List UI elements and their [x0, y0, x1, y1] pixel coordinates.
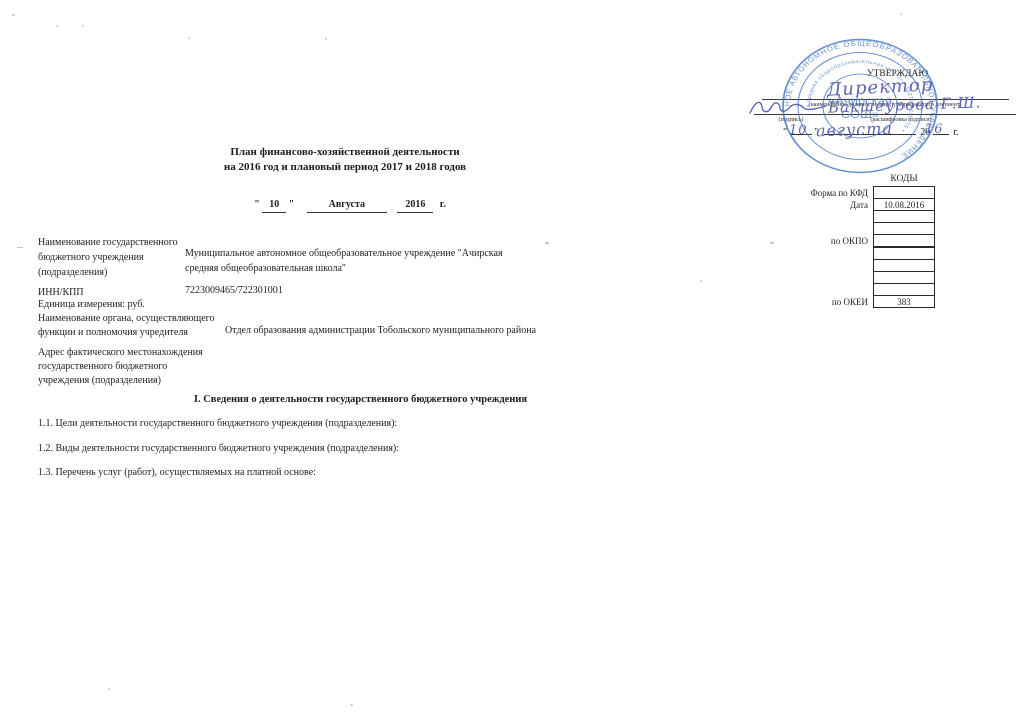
scan-speck — [545, 242, 549, 244]
close-quote: " — [289, 199, 295, 210]
label-institution-name-line2: бюджетного учреждения — [38, 251, 144, 265]
label-measure-unit: Единица измерения: руб. — [38, 298, 145, 312]
label-institution-name-line3: (подразделения) — [38, 266, 107, 280]
section1-item-1-3: 1.3. Перечень услуг (работ), осуществляе… — [38, 466, 638, 480]
codes-cell — [873, 259, 935, 272]
handwritten-date-month: августа — [816, 119, 894, 141]
codes-cell — [873, 210, 935, 223]
codes-label-okei: по ОКЕИ — [770, 297, 868, 307]
approval-date-suffix: г. — [953, 127, 958, 138]
codes-cell — [873, 222, 935, 235]
scan-speck — [17, 247, 23, 248]
scan-speck — [56, 25, 58, 27]
codes-cell-okei: 383 — [873, 295, 935, 308]
label-address-line3: учреждения (подразделения) — [38, 374, 161, 388]
label-founder-line2: функции и полномочия учредителя — [38, 326, 188, 340]
codes-label-kfd: Форма по КФД — [770, 188, 868, 198]
document-title: План финансово-хозяйственной деятельност… — [130, 145, 560, 175]
value-inn-kpp: 7223009465/722301001 — [185, 284, 283, 298]
label-address-line2: государственного бюджетного — [38, 360, 167, 374]
date-year: 2016 — [397, 198, 433, 213]
scan-speck — [900, 13, 902, 15]
open-quote: " — [254, 199, 260, 210]
value-institution-name-line1: Муниципальное автономное общеобразовател… — [185, 247, 585, 261]
codes-label-date: Дата — [770, 200, 868, 210]
scan-speck — [188, 37, 190, 39]
value-institution-name-line2: средняя общеобразовательная школа" — [185, 262, 585, 276]
section1-item-1-2: 1.2. Виды деятельности государственного … — [38, 442, 638, 456]
date-month: Августа — [307, 198, 387, 213]
document-title-line1: План финансово-хозяйственной деятельност… — [130, 145, 560, 160]
date-suffix: г. — [440, 199, 446, 210]
value-founder: Отдел образования администрации Тобольск… — [225, 324, 695, 338]
handwritten-date-day: 10 — [789, 123, 808, 138]
codes-cell — [873, 271, 935, 284]
codes-cell-kfd — [873, 186, 935, 199]
scan-speck — [82, 25, 84, 27]
label-institution-name-line1: Наименование государственного — [38, 236, 178, 250]
scanned-document-page: План финансово-хозяйственной деятельност… — [0, 0, 1024, 723]
document-title-line2: на 2016 год и плановый период 2017 и 201… — [130, 160, 560, 175]
scan-speck — [325, 38, 327, 40]
codes-header: КОДЫ — [873, 174, 935, 184]
codes-cell — [873, 247, 935, 260]
label-address-line1: Адрес фактического местонахождения — [38, 346, 203, 360]
codes-cell — [873, 283, 935, 296]
codes-label-okpo: по ОКПО — [770, 236, 868, 246]
label-founder-line1: Наименование органа, осуществляющего — [38, 312, 215, 326]
handwritten-date-year: 16 — [925, 122, 944, 137]
scan-speck — [108, 688, 110, 690]
scan-speck — [700, 280, 702, 282]
codes-cell-date: 10.08.2016 — [873, 198, 935, 211]
scan-speck — [12, 14, 15, 16]
section1-heading: I. Сведения о деятельности государственн… — [38, 394, 683, 405]
codes-cell-okpo — [873, 234, 935, 247]
section1-item-1-1: 1.1. Цели деятельности государственного … — [38, 417, 638, 431]
scan-speck — [350, 704, 353, 706]
date-day: 10 — [262, 198, 286, 213]
document-date-line: " 10 " Августа 2016 г. — [230, 198, 470, 213]
handwritten-signature-squiggle — [748, 98, 828, 118]
